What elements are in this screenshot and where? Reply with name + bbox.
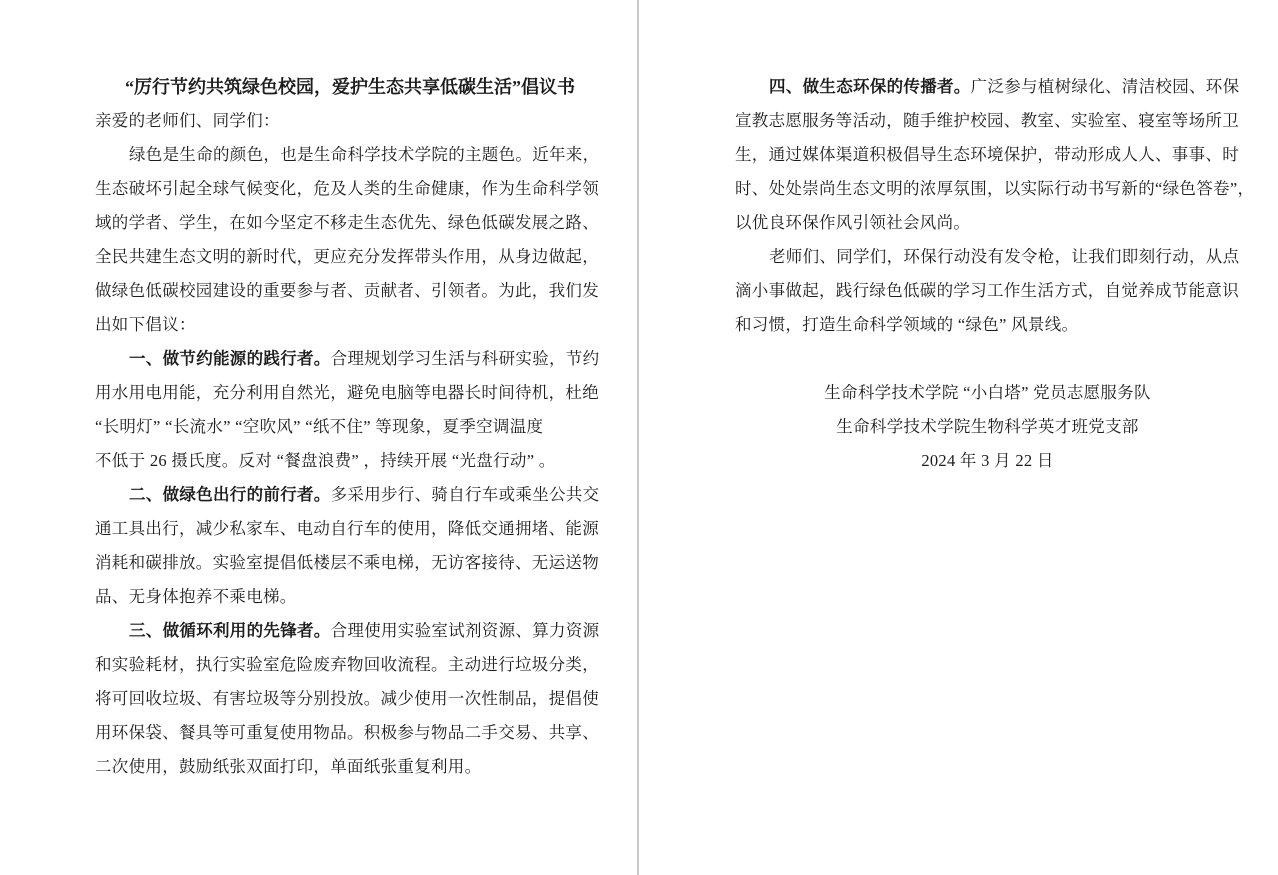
- page-divider: [637, 0, 639, 875]
- text-line: 出如下倡议：: [95, 308, 605, 342]
- text-line: 四、做生态环保的传播者。广泛参与植树绿化、清洁校园、环保: [735, 70, 1240, 104]
- text-line: 域的学者、学生，在如今坚定不移走生态优先、绿色低碳发展之路、: [95, 206, 605, 240]
- text-line: 将可回收垃圾、有害垃圾等分别投放。减少使用一次性制品，提倡使: [95, 682, 605, 716]
- text-line: 用水用电用能，充分利用自然光，避免电脑等电器长时间待机，杜绝: [95, 376, 605, 410]
- paragraph-lead: 二、做绿色出行的前行者。: [129, 485, 331, 504]
- text-line: 三、做循环利用的先锋者。合理使用实验室试剂资源、算力资源: [95, 614, 605, 648]
- text-line: 生，通过媒体渠道积极倡导生态环境保护，带动形成人人、事事、时: [735, 138, 1240, 172]
- text-line: 不低于 26 摄氏度。反对 “餐盘浪费” ，持续开展 “光盘行动” 。: [95, 444, 605, 478]
- signature-line-team: 生命科学技术学院 “小白塔” 党员志愿服务队: [735, 376, 1240, 410]
- page-1-body: 绿色是生命的颜色，也是生命科学技术学院的主题色。近年来，生态破坏引起全球气候变化…: [95, 138, 605, 784]
- document-title: “厉行节约共筑绿色校园，爱护生态共享低碳生活”倡议书: [95, 70, 605, 104]
- text-line: 全民共建生态文明的新时代，更应充分发挥带头作用，从身边做起，: [95, 240, 605, 274]
- text-line: 二次使用，鼓励纸张双面打印，单面纸张重复利用。: [95, 750, 605, 784]
- page-1: “厉行节约共筑绿色校园，爱护生态共享低碳生活”倡议书 亲爱的老师们、同学们： 绿…: [95, 70, 605, 784]
- text-line: 用环保袋、餐具等可重复使用物品。积极参与物品二手交易、共享、: [95, 716, 605, 750]
- page-2-body: 四、做生态环保的传播者。广泛参与植树绿化、清洁校园、环保宣教志愿服务等活动，随手…: [735, 70, 1240, 342]
- document-view: “厉行节约共筑绿色校园，爱护生态共享低碳生活”倡议书 亲爱的老师们、同学们： 绿…: [0, 0, 1278, 875]
- page-2: 四、做生态环保的传播者。广泛参与植树绿化、清洁校园、环保宣教志愿服务等活动，随手…: [735, 70, 1240, 478]
- salutation-line: 亲爱的老师们、同学们：: [95, 104, 605, 138]
- text-line: 和实验耗材，执行实验室危险废弃物回收流程。主动进行垃圾分类，: [95, 648, 605, 682]
- text-line: 以优良环保作风引领社会风尚。: [735, 206, 1240, 240]
- text-line: 绿色是生命的颜色，也是生命科学技术学院的主题色。近年来，: [95, 138, 605, 172]
- text-line: 老师们、同学们，环保行动没有发令枪，让我们即刻行动，从点: [735, 240, 1240, 274]
- text-line: 时、处处崇尚生态文明的浓厚氛围，以实际行动书写新的“绿色答卷”，: [735, 172, 1240, 206]
- text-line: “长明灯” “长流水” “空吹风” “纸不住” 等现象，夏季空调温度: [95, 410, 605, 444]
- text-line: 滴小事做起，践行绿色低碳的学习工作生活方式，自觉养成节能意识: [735, 274, 1240, 308]
- text-line: 生态破坏引起全球气候变化，危及人类的生命健康，作为生命科学领: [95, 172, 605, 206]
- text-line: 一、做节约能源的践行者。合理规划学习生活与科研实验，节约: [95, 342, 605, 376]
- text-line: 消耗和碳排放。实验室提倡低楼层不乘电梯，无访客接待、无运送物: [95, 546, 605, 580]
- paragraph-lead: 一、做节约能源的践行者。: [129, 349, 331, 368]
- text-line: 通工具出行，减少私家车、电动自行车的使用，降低交通拥堵、能源: [95, 512, 605, 546]
- text-line: 宣教志愿服务等活动，随手维护校园、教室、实验室、寝室等场所卫: [735, 104, 1240, 138]
- signature-spacer: [735, 342, 1240, 376]
- text-line: 做绿色低碳校园建设的重要参与者、贡献者、引领者。为此，我们发: [95, 274, 605, 308]
- signature-date: 2024 年 3 月 22 日: [735, 444, 1240, 478]
- text-line: 二、做绿色出行的前行者。多采用步行、骑自行车或乘坐公共交: [95, 478, 605, 512]
- text-line: 和习惯，打造生命科学领域的 “绿色” 风景线。: [735, 308, 1240, 342]
- text-line: 品、无身体抱养不乘电梯。: [95, 580, 605, 614]
- paragraph-lead: 三、做循环利用的先锋者。: [129, 621, 331, 640]
- paragraph-lead: 四、做生态环保的传播者。: [769, 77, 971, 96]
- signature-block: 生命科学技术学院 “小白塔” 党员志愿服务队 生命科学技术学院生物科学英才班党支…: [735, 376, 1240, 478]
- signature-line-branch: 生命科学技术学院生物科学英才班党支部: [735, 410, 1240, 444]
